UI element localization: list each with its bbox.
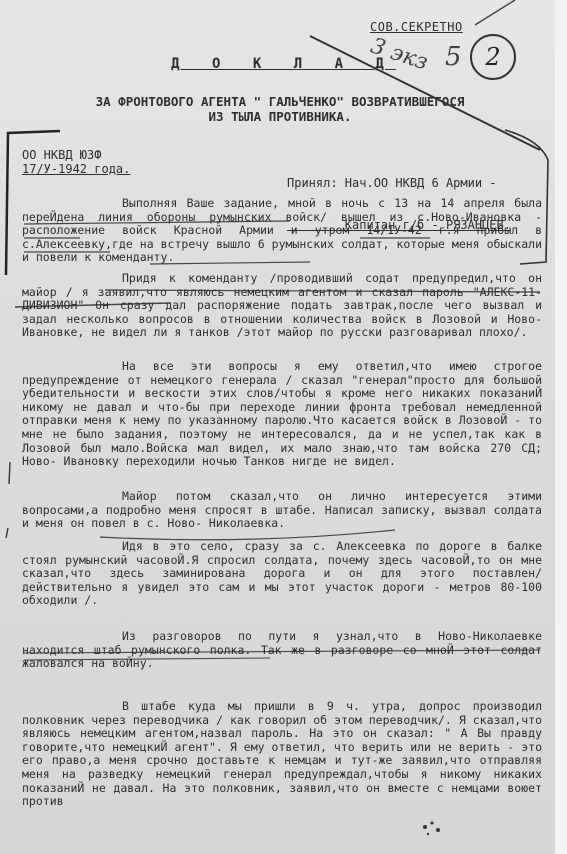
sender-date: 17/У-1942 года. [22,162,130,176]
paragraph: Придя к коменданту /проводивший содат пр… [22,272,542,340]
sender-unit: ОО НКВД ЮЗФ [22,148,130,162]
paragraph: На все эти вопросы я ему ответил,что име… [22,360,542,469]
classification-stamp: СОВ.СЕКРЕТНО [370,20,463,34]
paragraph: Идя в это село, сразу за с. Алексеевка п… [22,540,542,608]
sender-block: ОО НКВД ЮЗФ 17/У-1942 года. [22,148,130,176]
paragraph: Выполняя Ваше задание, мной в ночь с 13 … [22,197,542,265]
recipient-line: Принял: Нач.ОО НКВД 6 Армии - [287,176,511,190]
paragraph: В штабе куда мы пришли в 9 ч. утра, допр… [22,700,542,809]
paragraph: Из разговоров по пути я узнал,что в Ново… [22,630,542,671]
subtitle-line: ЗА ФРОНТОВОГО АГЕНТА " ГАЛЬЧЕНКО" ВОЗВРА… [60,94,500,109]
subtitle-line: ИЗ ТЫЛА ПРОТИВНИКА. [60,109,500,124]
document-title: Д О К Л А Д [0,56,567,72]
paragraph: Майор потом сказал,что он лично интересу… [22,490,542,531]
document-subtitle: ЗА ФРОНТОВОГО АГЕНТА " ГАЛЬЧЕНКО" ВОЗВРА… [60,94,500,124]
document-page: СОВ.СЕКРЕТНО 3 экз 5 2 Д О К Л А Д ЗА ФР… [0,0,567,854]
